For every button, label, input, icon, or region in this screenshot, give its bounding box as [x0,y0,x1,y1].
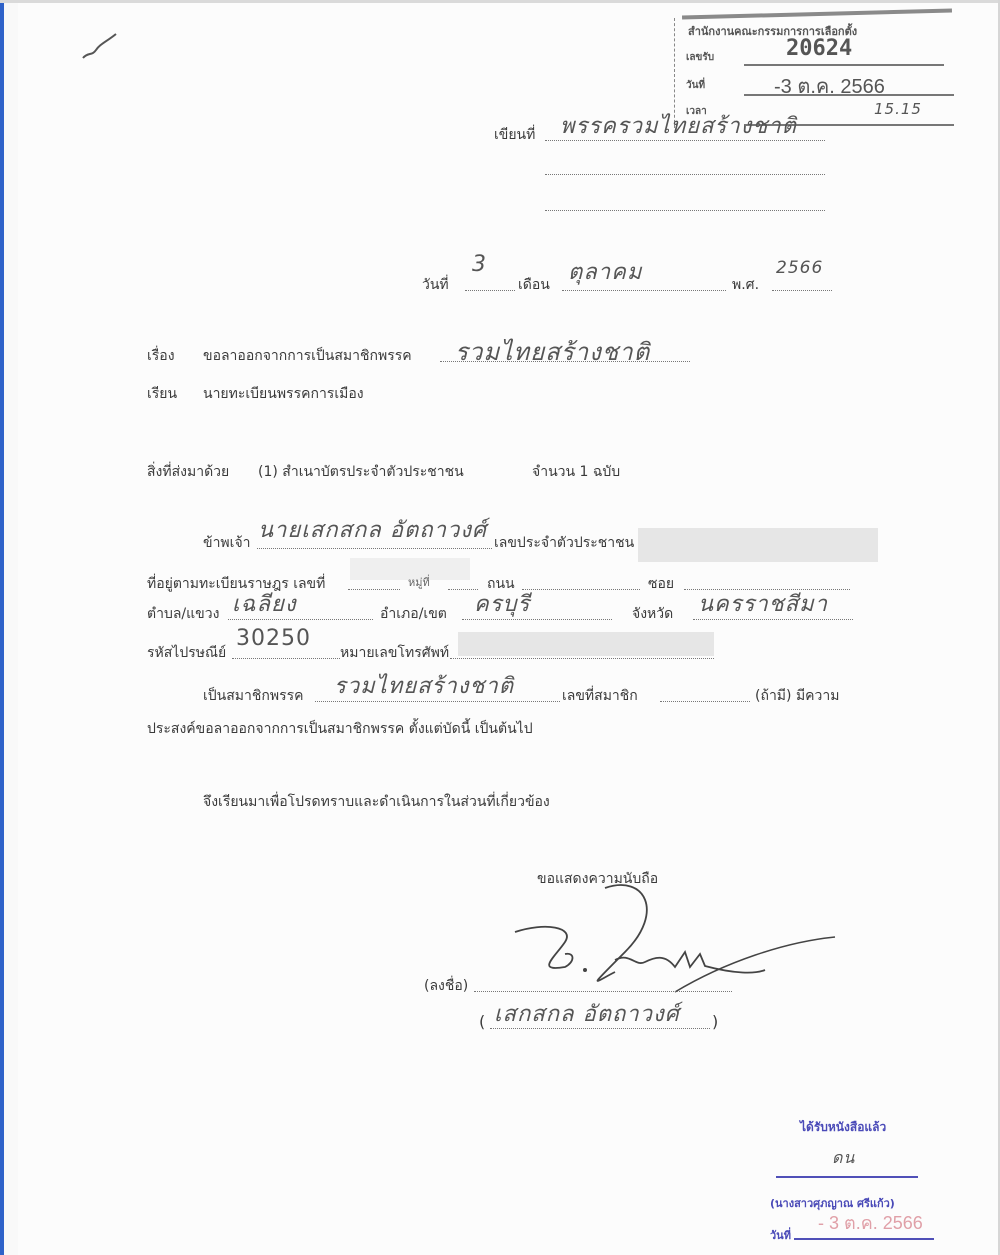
to-label: เรียน [147,383,177,405]
stamp-receive-number: 20624 [786,36,852,61]
written-at-label: เขียนที่ [494,124,535,146]
pen-mark [80,30,120,70]
enclosure-item: (1) สำเนาบัตรประจำตัวประชาชน [258,461,464,483]
district-label: อำเภอ/เขต [380,603,447,625]
stamp-date-label: วันที่ [686,78,705,93]
signer-open-paren: ( [479,1012,485,1031]
member-party-value: รวมไทยสร้างชาติ [334,668,514,703]
subdistrict-value: เฉลียง [232,586,297,621]
province-value: นครราชสีมา [698,586,828,621]
written-at-value: พรรครวมไทยสร้างชาติ [560,108,797,143]
member-label: เป็นสมาชิกพรรค [203,685,304,707]
road-line [522,575,640,590]
stamp-top-line [682,8,952,19]
stamp-line-2 [744,94,954,96]
enclosure-quantity: จำนวน 1 ฉบับ [532,461,620,483]
received-sign-line [776,1176,918,1178]
scanned-document [18,0,998,1255]
district-value: ครบุรี [474,586,530,621]
stamp-receive-label: เลขรับ [686,50,714,65]
member-no-suffix: (ถ้ามี) มีความ [755,685,840,707]
phone-label: หมายเลขโทรศัพท์ [340,642,449,664]
sign-line [474,977,732,992]
name-value: นายเสกสกล อัตถาวงศ์ [258,512,487,547]
moo-label: หมู่ที่ [408,573,430,591]
signer-name: เสกสกล อัตถาวงศ์ [494,996,680,1031]
subdistrict-label: ตำบล/แขวง [147,603,219,625]
redacted-phone-number [458,632,714,656]
day-value: 3 [472,252,487,277]
postcode-label: รหัสไปรษณีย์ [147,642,226,664]
received-date-line [794,1238,934,1240]
member-no-line [660,687,750,702]
closing-line: จึงเรียนมาเพื่อโปรดทราบและดำเนินการในส่ว… [203,791,550,813]
subject-label: เรื่อง [147,345,175,367]
to-text: นายทะเบียนพรรคการเมือง [203,383,364,405]
subject-text: ขอลาออกจากการเป็นสมาชิกพรรค [203,345,412,367]
name-label: ข้าพเจ้า [203,532,251,554]
received-initials: ดน [832,1146,855,1171]
received-title: ได้รับหนังสือแล้ว [800,1118,886,1137]
day-label: วันที่ [422,274,449,296]
received-date: - 3 ต.ค. 2566 [818,1208,923,1237]
soi-label: ซอย [648,573,674,595]
member-no-label: เลขที่สมาชิก [562,685,638,707]
top-edge [0,0,1000,3]
province-label: จังหวัด [632,603,673,625]
received-date-label: วันที่ [770,1226,791,1244]
stamp-time: 15.15 [874,100,922,118]
intent-line: ประสงค์ขอลาออกจากการเป็นสมาชิกพรรค ตั้งแ… [147,718,533,740]
signature-scribble [505,882,845,1012]
signer-close-paren: ) [712,1012,718,1031]
month-value: ตุลาคม [568,254,642,289]
written-at-line-3 [545,196,825,211]
subject-party-value: รวมไทยสร้างชาติ [455,332,650,371]
postcode-value: 30250 [236,626,311,651]
year-line [772,276,832,291]
enclosure-label: สิ่งที่ส่งมาด้วย [147,461,229,483]
written-at-line-2 [545,160,825,175]
month-label: เดือน [518,274,550,296]
year-label: พ.ศ. [732,274,759,296]
stamp-date: -3 ต.ค. 2566 [774,70,885,102]
stamp-line-1 [744,64,944,66]
viewer-left-border [0,0,4,1255]
sign-label: (ลงชื่อ) [424,975,468,997]
id-label: เลขประจำตัวประชาชน [494,532,634,554]
redacted-id-number [638,528,878,562]
year-value: 2566 [776,258,823,278]
day-line [465,276,515,291]
